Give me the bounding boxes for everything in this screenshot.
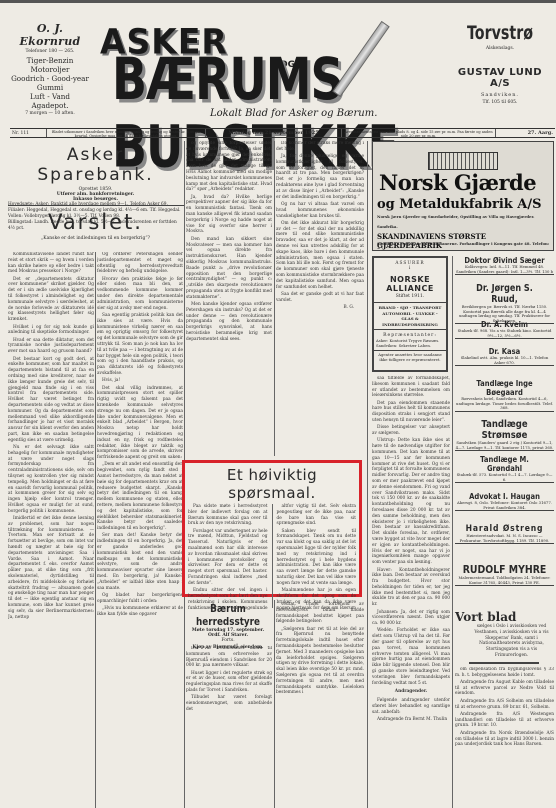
highlight-column-2: altfor vigtig til det. Selv ekstra penge…	[277, 504, 357, 608]
paragraph: Disse betingelser var akseptert av sælge…	[372, 425, 450, 437]
paragraph: Ja, hvad da? Hvilke herlige perspektiver…	[186, 195, 272, 236]
varslet-column-1: Kommunistavisene landet rundt har reist …	[8, 252, 94, 808]
paragraph: Der var fremkommet tilbud til kommunen o…	[186, 646, 272, 669]
column-rule	[452, 256, 453, 808]
column-rule	[272, 504, 273, 608]
paragraph: Paa sidste møte i herredsstyret blev der…	[188, 504, 268, 527]
article-signature: B. G.	[276, 305, 364, 311]
gjaerde-subtitle: og Metaldukfabrik A/S	[377, 197, 542, 212]
paragraph: altfor vigtig til det. Selv ekstra penge…	[277, 504, 357, 527]
volume-year: 27. Aarg.	[496, 130, 555, 136]
ad-name: Dr. Jørgen S. Ruud,	[462, 283, 546, 305]
herredsstyre-column-1: Der var fremkommet tilbud til kommunen o…	[186, 646, 272, 808]
varslet-column-2: Og ordfører Petershagen sender justisdep…	[97, 252, 183, 808]
paragraph: Ja, for denne pludselige og varme kommun…	[276, 154, 364, 200]
newspaper-page: O. J. Ekornrud Telefoner 180 — 265. Tige…	[0, 0, 556, 808]
paragraph: Andragende fra A/S Westengen landhandler…	[455, 712, 554, 729]
ad-line: Tiger-Benzin	[6, 56, 94, 65]
gustav-lund-firm: GUSTAV LUND A/S	[450, 67, 550, 89]
column-rule	[274, 600, 275, 808]
ad-line: Goodrich - Good-year	[6, 74, 94, 83]
ad-detail: Kolåsvegen: Intl. 8—11. Tlf. Hemmed 48. …	[455, 265, 554, 274]
alliance-branches: BRAND - SJØ - TRANSPORT AUTOMOBIL - ULYK…	[374, 302, 446, 330]
paragraph: Forslaget var undertegnet av hele tre mæ…	[188, 529, 268, 587]
paragraph: Nu er det selvsagt ikke saltt behagelig …	[8, 445, 94, 515]
paragraph: Da kommer der straks mere mening i det h…	[276, 141, 364, 153]
gate-illustration-icon	[428, 152, 498, 170]
sparebank-title: Asker Sparebank.	[8, 145, 183, 185]
issue-number: Nr. 111	[10, 131, 46, 136]
paragraph: Og ordfører Petershagen sender justisdep…	[97, 252, 183, 275]
paragraph: Haver: Kontantbeholdningerer ikke laan. …	[372, 568, 450, 609]
paragraph: Følgende andragender utenfor sfæret blev…	[372, 698, 450, 715]
ad-detail: Malermestermand. Toldbodgaten 24. Telefo…	[455, 576, 554, 585]
paragraph: saa tilfælde av formandskapet, likesom k…	[372, 376, 450, 399]
ad-line: Luft - Vand	[6, 92, 94, 101]
alliance-founded: Stiftet 1911.	[376, 294, 444, 299]
ad-detail: Stabæk tlf. 573. Kontortid 9—1 4—7. Lørd…	[455, 473, 554, 482]
paragraph: Og nu har vi altsaa faat varsel om hvad …	[276, 202, 364, 219]
paragraph: Saken blev sendt til formandskapet. Tænk…	[277, 529, 357, 587]
professional-ad: Dr. A. Kveim Stabæk tlf. 968. Vis a vis …	[455, 320, 554, 339]
paragraph: Det paa eiendommen staaende hare hus sti…	[372, 401, 450, 424]
ad-line: Motoroljer	[6, 65, 94, 74]
torvstro-headline: Torvstrø	[463, 22, 538, 44]
herredsstyre-continued-column: saa tilfælde av formandskapet, likesom k…	[372, 376, 450, 808]
divider	[8, 205, 184, 206]
gjaerde-line: Sandvika.	[377, 224, 551, 229]
ekornrud-hours: 7 morgen — 10 aften.	[6, 111, 94, 116]
varslet-column-3: og oplyfde sine forpligtelser under de n…	[186, 141, 272, 456]
dateline-bar: Nr. 111 Bladet utkommer i Sandviken hver…	[10, 128, 555, 138]
paragraph: Det skal villig indrømmes, at kommunistp…	[97, 386, 183, 461]
torvstro-ad: Torvstrø Alskenslags. GUSTAV LUND A/S Sa…	[450, 22, 550, 105]
paragraph: om dispensation fra bygningslovens § 33 …	[455, 667, 554, 679]
paragraph: Saa det er ganske godt at vi har faat va…	[276, 292, 364, 304]
professional-ad: Tandlæge Strømsøe Sandviken (Sanders' ga…	[455, 419, 554, 451]
varslet-heading-block: Varslet. „Kanske er det indledningen til…	[8, 210, 183, 241]
continued-label: Forts.	[184, 638, 272, 643]
gustav-lund-tel: Tlf. 105 til 605.	[450, 100, 550, 105]
paragraph: Imidlertid er det ikke denne løsning av …	[8, 516, 94, 620]
gjaerde-line: Norsk Jærn Gjærder og Smedarbeider, Opst…	[377, 214, 551, 219]
ad-name: Harald Østreng	[462, 524, 546, 534]
divider	[469, 662, 539, 664]
ad-name: Advokat I. Haugan	[462, 492, 546, 501]
ad-line: Agadepot.	[6, 101, 94, 110]
paragraph: Hvad er saa dette diktatur, som det tyra…	[8, 338, 94, 355]
paragraph: Hvorav den praktiske følge jo før eller …	[97, 277, 183, 312]
column-rule	[367, 141, 368, 808]
paragraph: Hvis, ja!	[97, 378, 183, 384]
ad-detail: Høiesteretsadvokat. M. N. S. Incasso — P…	[455, 534, 554, 543]
masthead-subtitle: Lokalt Blad for Asker og Bærum.	[210, 108, 377, 119]
andragender-list: om dispensation fra bygningslovens § 33 …	[455, 667, 554, 807]
ekornrud-ad: O. J. Ekornrud Telefoner 180 — 265. Tige…	[6, 22, 94, 116]
paragraph: Andragende fra Norsk Brændselolje A/S om…	[455, 731, 554, 748]
paragraph: Huset ligger i det regulerte strøk og er…	[186, 671, 272, 694]
paragraph: Tilbudet har været forelagt eiendomsnevn…	[186, 695, 272, 712]
paragraph: Og bladet har borgerkrigens opmarchlinje…	[97, 593, 183, 605]
paragraph: Andragende fra A/S Solheim om tilladelse…	[455, 699, 554, 711]
gjaerde-title: Norsk Gjærde	[379, 170, 536, 195]
paragraph: „Sælgeren faar ret til at leie del av fr…	[276, 627, 364, 697]
ad-detail: Sandviken (Sanders' gaard 2 etg.) Kontor…	[455, 441, 554, 450]
scan-edge	[0, 0, 556, 3]
professional-ad: RUDOLF MYHRE Malermestermand. Toldbodgat…	[455, 563, 554, 586]
article-title: Bærum herredsstyre	[193, 602, 263, 628]
gjaerde-line: Sandvika Leveranser til Statsbanerne. Fo…	[377, 241, 551, 251]
varslet-column-4: Da kommer der straks mere mening i det h…	[276, 141, 364, 456]
highlight-column-1: Paa sidste møte i herredsstyret blev der…	[188, 504, 268, 608]
alliance-prefix: i	[376, 266, 444, 271]
ad-detail: Stabæk tlf. 968. Vis a vis Stabæk kino. …	[455, 329, 554, 338]
paragraph: Det bestaar kort og godt deri, at enkelt…	[8, 357, 94, 444]
paragraph: Den mand kan sikkert sine Moskvateser — …	[186, 237, 272, 301]
ad-name: Dr. A. Kveim	[462, 320, 546, 329]
article-subhead: Andragender.	[372, 689, 450, 695]
norske-alliance-ad: ASSURER i NORSKE ALLIANCE Stiftet 1911. …	[372, 256, 448, 372]
advertising-info: Avertissementspris paa alm. plads 8. og …	[341, 129, 496, 137]
article-subtitle: „Kanske er det indledningen til en borge…	[8, 236, 183, 241]
subscription-info: Bladet utkommer i Sandviken hver mandag,…	[46, 129, 206, 137]
paragraph: Men kanske kjender ogsaa ordfører Peters…	[186, 302, 272, 343]
ad-line: Gummi	[6, 83, 94, 92]
ad-name: Doktor Øivind Sæger	[462, 256, 546, 265]
ad-detail: Rørvesheis hotel, Sandviken. Kontortid 4…	[455, 397, 554, 411]
paragraph: Andragende fra August Kable om tilladels…	[455, 680, 554, 697]
paragraph: Hvilket i og for sig nok kunde gi anledn…	[8, 325, 94, 337]
paragraph: Wedén: Forholdet er ikke saa slett som U…	[372, 628, 450, 686]
professional-ad: Dr. Kasa Slakelind avtt. Alm. praksis kl…	[455, 347, 554, 366]
ad-name: RUDOLF MYHRE	[462, 563, 546, 576]
paragraph: og oplyfde sine forpligtelser under de n…	[186, 141, 272, 193]
herredsstyre-heading: Bærum herredsstyre Møte torsdag 17. sept…	[184, 602, 272, 650]
professional-ad: Tandlæge Inge Bøegaard Rørvesheis hotel,…	[455, 379, 554, 412]
paragraph: Om det ikke akkurat blir borgerkrig av d…	[276, 221, 364, 291]
ekornrud-firm: O. J. Ekornrud	[6, 22, 94, 48]
ad-detail: Akersgt. 8, Oslo. Telefoner: Kontoret Os…	[455, 501, 554, 510]
ad-name: Tandlæge Strømsøe	[462, 419, 546, 441]
professional-ad: Advokat I. Haugan Akersgt. 8, Oslo. Tele…	[455, 492, 554, 511]
ekornrud-telephone: Telefoner 180 — 265.	[6, 49, 94, 54]
paragraph: „Dem er alt andet end ensomtlig den begi…	[97, 462, 183, 532]
highlighted-article: Et høiviktig spørsmaal. Paa sidste møte …	[182, 460, 362, 597]
ad-name: Tandlæge Inge Bøegaard	[462, 379, 546, 397]
column-rule	[95, 252, 96, 808]
column-rule	[274, 141, 275, 456]
vort-blad-title: Vort blad	[455, 610, 554, 624]
gjaerde-ad: Norsk Gjærde og Metaldukfabrik A/S Norsk…	[372, 141, 554, 251]
ad-detail: Slakelind avtt. Alm. praksis kl. 10—1. T…	[455, 356, 554, 365]
paragraph: vedtat. Under forbehold av herredsstyret…	[276, 602, 364, 625]
paragraph: „Hvis nu kommunene erklærer at de ikke k…	[97, 606, 183, 618]
alliance-name: NORSKE ALLIANCE	[376, 275, 444, 293]
paragraph: Saa egentlig praktisk politik kan det ik…	[97, 313, 183, 377]
issue-date: Mandag den 21 september 1925	[206, 130, 341, 136]
paragraph: Kommunistavisene landet rundt har reist …	[8, 252, 94, 275]
alliance-rep: Sandviken: Sekretær Laben.	[376, 343, 444, 348]
alliance-agents: Agenter ansættes hvor saadanne ikke tidl…	[374, 350, 446, 362]
vort-blad-notice: Vort blad sælges i Oslo i avisskiosken v…	[455, 610, 554, 807]
paragraph: Andragende fra Bernt M. Thulin	[372, 717, 450, 723]
professional-ad: Doktor Øivind Sæger Kolåsvegen: Intl. 8—…	[455, 256, 554, 275]
paragraph: Ser man det! Kanske betyr det indledning…	[97, 533, 183, 591]
professional-ad: Harald Østreng Høiesteretsadvokat. M. N.…	[455, 524, 554, 544]
professional-ad: Dr. Jørgen S. Ruud, Bevikbergen pr. Bærv…	[455, 283, 554, 324]
vort-blad-text: sælges i Oslo i avisskiosken ved Vestban…	[455, 624, 554, 659]
gustav-lund-place: Sandviken.	[450, 92, 550, 98]
paragraph: Det er „departementets diktatur over kom…	[8, 277, 94, 323]
torvstro-sub: Alskenslags.	[450, 46, 550, 51]
ad-name: Dr. Kasa	[462, 347, 546, 356]
paragraph: Johansen: Ja, det er rigtig som viceordf…	[372, 610, 450, 627]
professional-ad: Tandlæge M. Grøndahl Stabæk tlf. 573. Ko…	[455, 455, 554, 483]
highlight-title: Et høiviktig spørsmaal.	[185, 466, 359, 502]
paragraph: Ulstrup: Dette kan ikke sies at høre til…	[372, 438, 450, 566]
herredsstyre-column-2: vedtat. Under forbehold av herredsstyret…	[276, 602, 364, 808]
ad-name: Tandlæge M. Grøndahl	[462, 455, 546, 473]
article-title: Varslet.	[8, 210, 183, 234]
